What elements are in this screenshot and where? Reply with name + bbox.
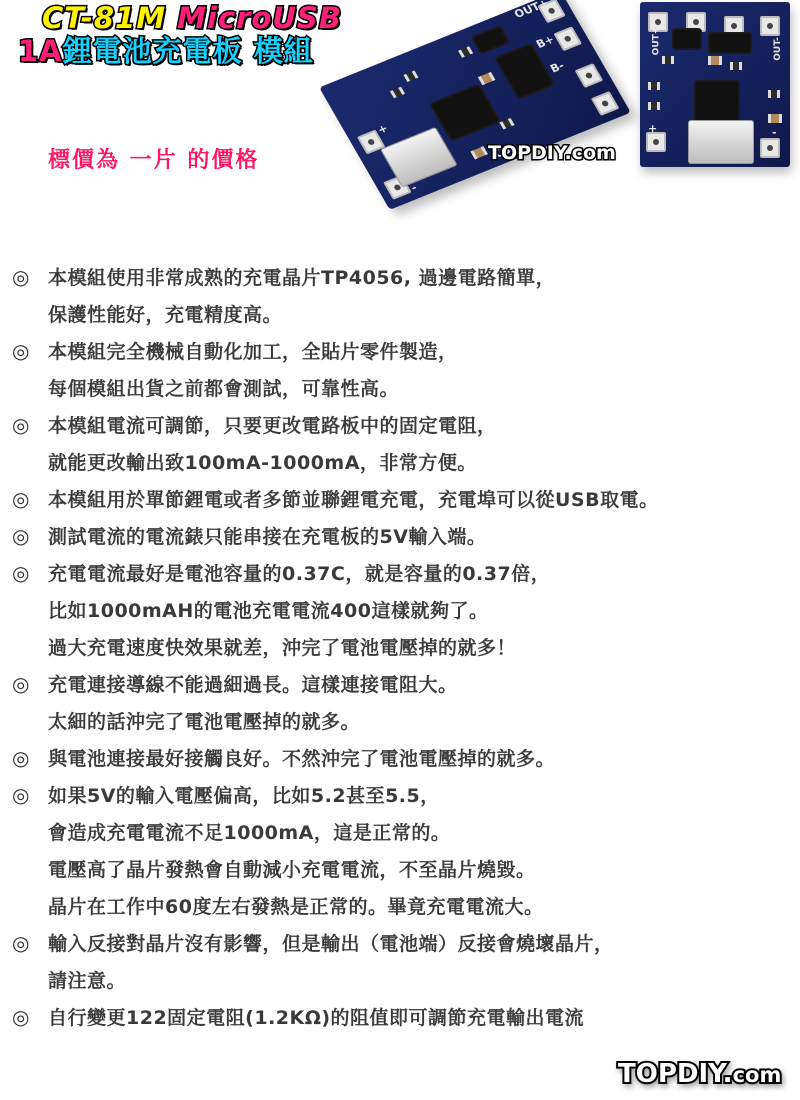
led [648,102,660,110]
protection-chip [710,34,750,52]
bullet-icon: ◎ [12,1005,48,1029]
title-line-model: CT-81M MicroUSB [42,2,342,35]
feature-text: 本模組使用非常成熟的充電晶片TP4056, 過邊電路簡單， [48,263,555,290]
feature-text: 充電連接導線不能過細過長。這樣連接電阻大。 [48,670,458,697]
feature-text: 自行變更122固定電阻(1.2KΩ)的阻值即可調節充電輸出電流 [48,1003,584,1030]
current-rating: 1A [18,34,63,68]
solder-pad [760,138,780,158]
bullet-icon: ◎ [12,672,48,696]
silk-out-minus: OUT- [773,37,783,61]
silk-plus: + [648,122,657,135]
title-line-product: 1A鋰電池充電板 模組 [18,35,342,68]
tp4056-chip [696,82,738,120]
feature-text: 會造成充電電流不足1000mA，這是正常的。 [48,818,450,845]
feature-text: 本模組電流可調節，只要更改電路板中的固定電阻， [48,411,497,438]
feature-text: 本模組完全機械自動化加工，全貼片零件製造， [48,337,458,364]
capacitor [708,56,722,65]
product-title: CT-81M MicroUSB 1A鋰電池充電板 模組 [18,2,342,68]
resistor [730,62,742,70]
watermark-text: TOPDIY.com [488,142,616,164]
resistor [662,56,674,64]
solder-pad [646,132,666,152]
feature-text: 電壓高了晶片發熱會自動減小充電電流，不至晶片燒毀。 [48,855,536,882]
bullet-icon: ◎ [12,561,48,585]
product-name: 鋰電池充電板 [63,34,243,68]
feature-item: ◎如果5V的輸入電壓偏高，比如5.2甚至5.5， 會造成充電電流不足1000mA… [12,776,800,924]
feature-text: 晶片在工作中60度左右發熱是正常的。畢竟充電電流大。 [48,892,543,919]
mosfet-chip [674,30,700,48]
feature-text: 本模組用於單節鋰電或者多節並聯鋰電充電，充電埠可以從USB取電。 [48,485,659,512]
feature-item: ◎自行變更122固定電阻(1.2KΩ)的阻值即可調節充電輸出電流 [12,998,800,1035]
feature-text: 太細的話沖完了電池電壓掉的就多。 [48,707,360,734]
watermark-logo: TOPDIY.com [488,142,616,164]
feature-text: 輸入反接對晶片沒有影響，但是輸出（電池端）反接會燒壞晶片， [48,929,614,956]
feature-list: ◎本模組使用非常成熟的充電晶片TP4056, 過邊電路簡單， 保護性能好，充電精… [12,258,800,1035]
product-image-top: OUT+ OUT- + - [640,2,790,167]
feature-text: 測試電流的電流錶只能串接在充電板的5V輸入端。 [48,522,486,549]
solder-pad [724,16,744,36]
feature-item: ◎輸入反接對晶片沒有影響，但是輸出（電池端）反接會燒壞晶片， 請注意。 [12,924,800,998]
product-suffix: 模組 [254,34,314,68]
feature-text: 如果5V的輸入電壓偏高，比如5.2甚至5.5， [48,781,440,808]
feature-item: ◎充電電流最好是電池容量的0.37C，就是容量的0.37倍， 比如1000mAH… [12,554,800,665]
bullet-icon: ◎ [12,931,48,955]
product-image-angled: OUT+ B+ B- + - C3 [319,0,631,210]
solder-pad [686,12,706,32]
connector-type: MicroUSB [177,1,342,35]
model-number: CT-81M [42,1,166,35]
bullet-icon: ◎ [12,746,48,770]
price-note: 標價為 一片 的價格 [48,143,259,174]
bullet-icon: ◎ [12,783,48,807]
bullet-icon: ◎ [12,413,48,437]
feature-text: 保護性能好，充電精度高。 [48,300,282,327]
feature-text: 每個模組出貨之前都會測試，可靠性高。 [48,374,399,401]
capacitor [768,114,782,123]
bullet-icon: ◎ [12,339,48,363]
feature-item: ◎充電連接導線不能過細過長。這樣連接電阻大。 太細的話沖完了電池電壓掉的就多。 [12,665,800,739]
silk-out-plus: OUT+ [651,27,661,56]
solder-pad [760,16,780,36]
feature-text: 就能更改輸出致100mA-1000mA，非常方便。 [48,448,477,475]
feature-item: ◎測試電流的電流錶只能串接在充電板的5V輸入端。 [12,517,800,554]
feature-item: ◎本模組電流可調節，只要更改電路板中的固定電阻， 就能更改輸出致100mA-10… [12,406,800,480]
micro-usb-port [688,120,754,164]
watermark-suffix: com [733,1063,782,1087]
feature-text: 充電電流最好是電池容量的0.37C，就是容量的0.37倍， [48,559,550,586]
silk-minus: - [772,126,777,139]
feature-item: ◎本模組使用非常成熟的充電晶片TP4056, 過邊電路簡單， 保護性能好，充電精… [12,258,800,332]
feature-text: 與電池連接最好接觸良好。不然沖完了電池電壓掉的就多。 [48,744,555,771]
feature-item: ◎本模組用於單節鋰電或者多節並聯鋰電充電，充電埠可以從USB取電。 [12,480,800,517]
bullet-icon: ◎ [12,487,48,511]
bullet-icon: ◎ [12,524,48,548]
led [648,82,660,90]
watermark-main: TOPDIY. [618,1059,733,1089]
feature-text: 比如1000mAH的電池充電電流400這樣就夠了。 [48,596,488,623]
footer-watermark: TOPDIY.com [618,1059,781,1089]
resistor [768,90,780,98]
feature-item: ◎與電池連接最好接觸良好。不然沖完了電池電壓掉的就多。 [12,739,800,776]
feature-text: 過大充電速度快效果就差，沖完了電池電壓掉的就多！ [48,633,516,660]
feature-text: 請注意。 [48,966,126,993]
feature-item: ◎本模組完全機械自動化加工，全貼片零件製造， 每個模組出貨之前都會測試，可靠性高… [12,332,800,406]
bullet-icon: ◎ [12,265,48,289]
